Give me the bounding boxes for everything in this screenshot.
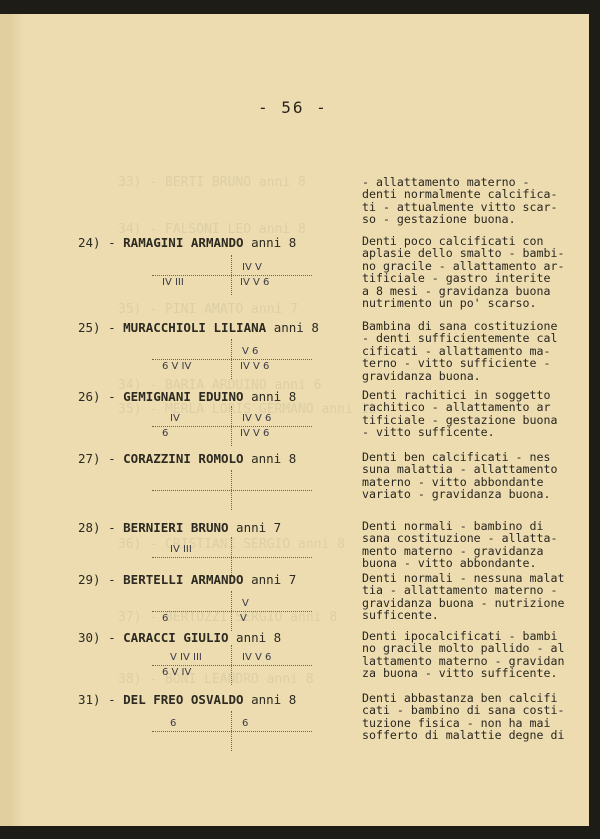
- entry-number: 30): [78, 630, 101, 645]
- dental-chart-vertical-line: [231, 406, 232, 446]
- dental-chart-horizontal-line: [152, 426, 312, 427]
- dental-chart-vertical-line: [231, 470, 232, 510]
- entry-number: 29): [78, 572, 101, 587]
- entry-number: 27): [78, 451, 101, 466]
- entry-header: 28) - BERNIERI BRUNO anni 7: [78, 520, 281, 535]
- bleed-through-line: 35) - PINI AMATO anni 7: [118, 302, 298, 317]
- dental-chart-horizontal-line: [152, 557, 312, 558]
- upper-right-teeth: V 6: [242, 346, 258, 357]
- dental-formula-chart: IV III: [152, 537, 312, 577]
- lower-right-teeth: V: [240, 613, 247, 624]
- dental-formula-chart: 66: [152, 711, 312, 751]
- patient-name: DEL FREO OSVALDO: [123, 692, 243, 707]
- entry-description: Denti ipocalcificati - bambi no gracile …: [362, 630, 587, 680]
- patient-name: GEMIGNANI EDUINO: [123, 389, 243, 404]
- lower-right-teeth: IV V 6: [240, 277, 269, 288]
- dental-chart-horizontal-line: [152, 275, 312, 276]
- patient-age: anni 8: [274, 320, 319, 335]
- patient-age: anni 8: [251, 451, 296, 466]
- patient-age: anni 8: [251, 235, 296, 250]
- lower-left-teeth: 6: [162, 613, 168, 624]
- lower-right-teeth: IV V 6: [240, 428, 269, 439]
- entry-description: Denti abbastanza ben calcifi cati - bamb…: [362, 692, 587, 742]
- entry-header: 27) - CORAZZINI ROMOLO anni 8: [78, 451, 296, 466]
- patient-name: CORAZZINI ROMOLO: [123, 451, 243, 466]
- patient-name: MURACCHIOLI LILIANA: [123, 320, 266, 335]
- dental-chart-vertical-line: [231, 711, 232, 751]
- entry-description: Denti poco calcificati con aplasie dello…: [362, 235, 587, 309]
- dental-formula-chart: IVIV V 66IV V 6: [152, 406, 312, 446]
- entry-number: 31): [78, 692, 101, 707]
- lower-left-teeth: 6: [162, 428, 168, 439]
- entry-description: Denti normali - nessuna malat tia - alla…: [362, 572, 587, 622]
- patient-name: CARACCI GIULIO: [123, 630, 228, 645]
- entry-number: 28): [78, 520, 101, 535]
- entry-header: 31) - DEL FREO OSVALDO anni 8: [78, 692, 296, 707]
- lower-left-teeth: IV III: [162, 277, 184, 288]
- patient-name: BERNIERI BRUNO: [123, 520, 228, 535]
- patient-age: anni 8: [251, 692, 296, 707]
- dental-formula-chart: [152, 470, 312, 510]
- dental-chart-vertical-line: [231, 645, 232, 685]
- dental-chart-horizontal-line: [152, 611, 312, 612]
- dental-chart-vertical-line: [231, 591, 232, 631]
- patient-name: BERTELLI ARMANDO: [123, 572, 243, 587]
- entry-header: 26) - GEMIGNANI EDUINO anni 8: [78, 389, 296, 404]
- patient-age: anni 8: [251, 389, 296, 404]
- upper-right-teeth: IV V 6: [242, 652, 271, 663]
- upper-right-teeth: V: [242, 598, 249, 609]
- entry-description: Bambina di sana costituzione - denti suf…: [362, 320, 587, 382]
- patient-age: anni 7: [236, 520, 281, 535]
- dental-chart-vertical-line: [231, 537, 232, 577]
- entry-number: 24): [78, 235, 101, 250]
- dental-chart-vertical-line: [231, 339, 232, 379]
- dental-formula-chart: V 66 V IVIV V 6: [152, 339, 312, 379]
- entry-number: 25): [78, 320, 101, 335]
- entry-number: 26): [78, 389, 101, 404]
- patient-name: RAMAGINI ARMANDO: [123, 235, 243, 250]
- dental-chart-horizontal-line: [152, 665, 312, 666]
- upper-left-teeth: V IV III: [170, 652, 202, 663]
- upper-left-teeth: 6: [170, 718, 176, 729]
- patient-age: anni 7: [251, 572, 296, 587]
- patient-age: anni 8: [236, 630, 281, 645]
- upper-right-teeth: IV V 6: [242, 413, 271, 424]
- upper-right-teeth: 6: [242, 718, 248, 729]
- dental-chart-horizontal-line: [152, 490, 312, 491]
- upper-left-teeth: IV: [170, 413, 180, 424]
- entry-header: 29) - BERTELLI ARMANDO anni 7: [78, 572, 296, 587]
- continuation-text: - allattamento materno - denti normalmen…: [362, 176, 587, 226]
- lower-right-teeth: IV V 6: [240, 361, 269, 372]
- lower-left-teeth: 6 V IV: [162, 667, 191, 678]
- dental-formula-chart: V IV IIIIV V 66 V IV: [152, 645, 312, 685]
- bleed-through-line: 33) - BERTI BRUNO anni 8: [118, 175, 306, 190]
- entry-header: 24) - RAMAGINI ARMANDO anni 8: [78, 235, 296, 250]
- upper-left-teeth: IV III: [170, 544, 192, 555]
- dental-formula-chart: V6V: [152, 591, 312, 631]
- dental-chart-horizontal-line: [152, 731, 312, 732]
- upper-right-teeth: IV V: [242, 262, 262, 273]
- entry-description: Denti normali - bambino di sana costituz…: [362, 520, 587, 570]
- lower-left-teeth: 6 V IV: [162, 361, 191, 372]
- dental-chart-vertical-line: [231, 255, 232, 295]
- page-number: - 56 -: [258, 98, 328, 117]
- entry-description: Denti rachitici in soggetto rachitico - …: [362, 389, 587, 439]
- entry-header: 30) - CARACCI GIULIO anni 8: [78, 630, 281, 645]
- dental-formula-chart: IV VIV IIIIV V 6: [152, 255, 312, 295]
- entry-description: Denti ben calcificati - nes suna malatti…: [362, 451, 587, 501]
- entry-header: 25) - MURACCHIOLI LILIANA anni 8: [78, 320, 319, 335]
- dental-chart-horizontal-line: [152, 359, 312, 360]
